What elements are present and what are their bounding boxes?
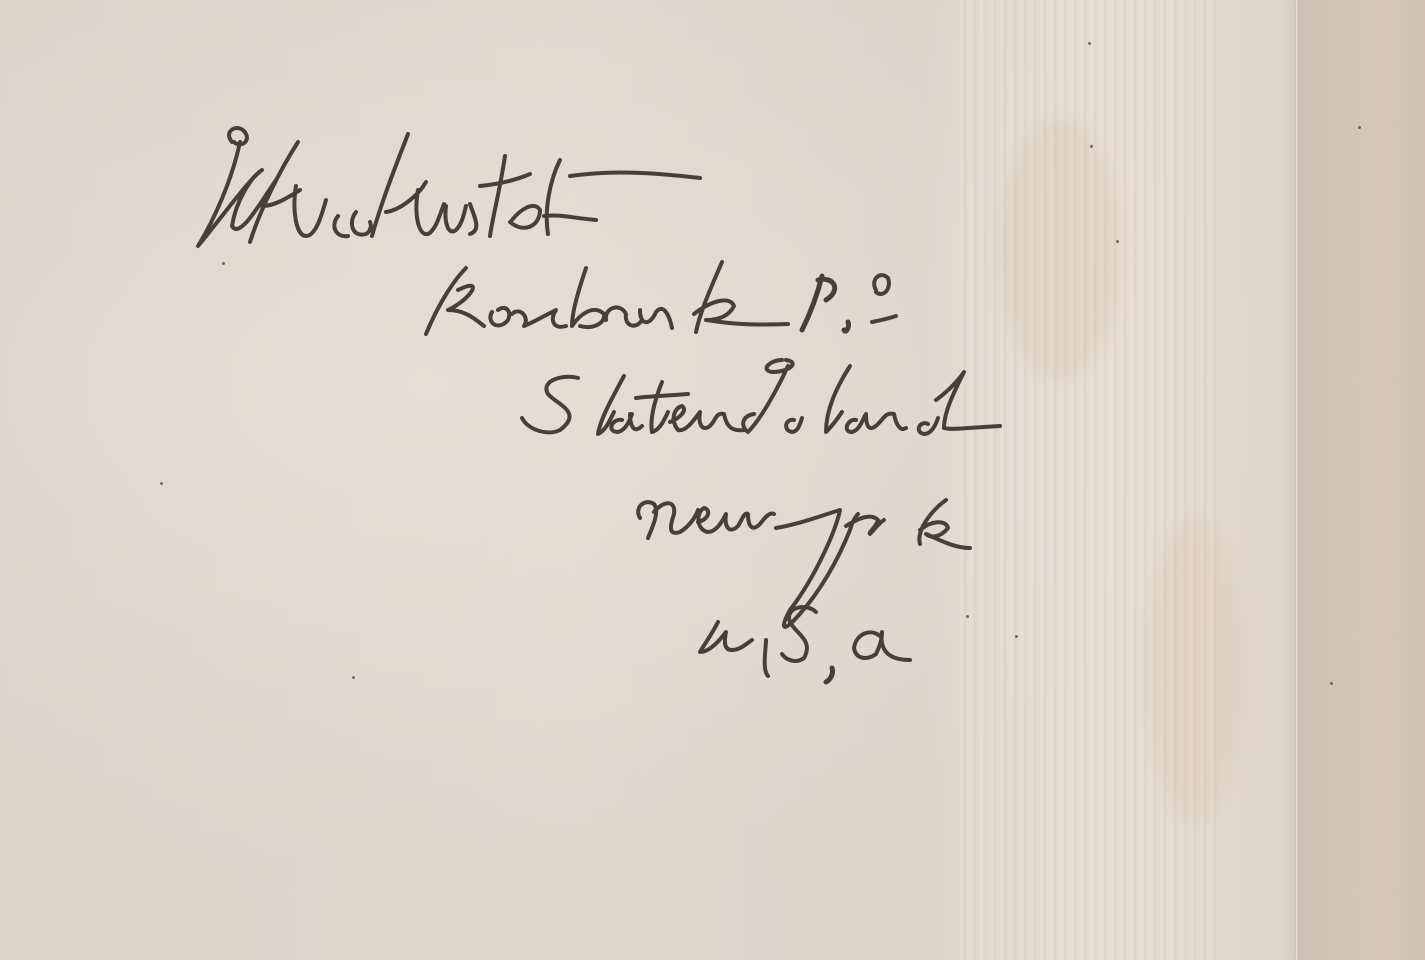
handwriting xyxy=(0,0,1425,960)
handwriting-line-staten-island xyxy=(522,360,1000,434)
handwriting-line-rosebank xyxy=(426,262,896,334)
handwriting-line-alice-austen xyxy=(198,128,700,246)
handwriting-line-usa xyxy=(700,607,910,682)
photograph: Alice Austen Rosebank P.O. Staten Island… xyxy=(0,0,1425,960)
